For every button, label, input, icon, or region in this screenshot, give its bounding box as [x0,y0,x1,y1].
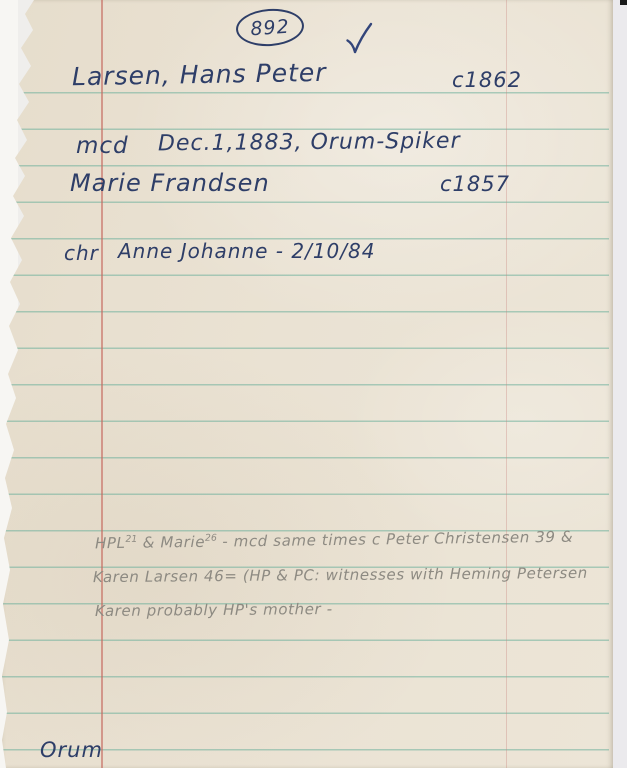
paper-sheet [0,0,613,768]
christening-details: Anne Johanne - 2/10/84 [118,239,375,263]
marriage-abbrev: mcd [76,133,129,159]
scanned-ledger-page: 892 Larsen, Hans Peter c1862 mcd Dec.1,1… [0,0,627,768]
spouse-name: Marie Frandsen [70,169,270,197]
checkmark-icon [344,21,374,61]
pencil-note-line1-sup1: 21 [125,534,137,545]
left-margin-line [101,0,103,768]
right-margin-line [506,0,507,768]
pencil-note-line3: Karen probably HP's mother - [95,600,333,620]
entry-name: Larsen, Hans Peter [72,58,327,91]
marriage-details: Dec.1,1883, Orum-Spiker [158,129,461,157]
scan-corner-artifact [620,0,627,5]
entry-name-year: c1862 [452,68,522,92]
christening-abbrev: chr [64,241,99,265]
place-footer: Orum [40,738,103,762]
spouse-year: c1857 [440,172,510,196]
pencil-note-line1-part1: HPL [95,534,126,552]
pencil-note-line1-part2: & Marie [137,533,205,552]
pencil-note-line1-sup2: 26 [205,533,217,544]
page-number: 892 [250,15,291,40]
